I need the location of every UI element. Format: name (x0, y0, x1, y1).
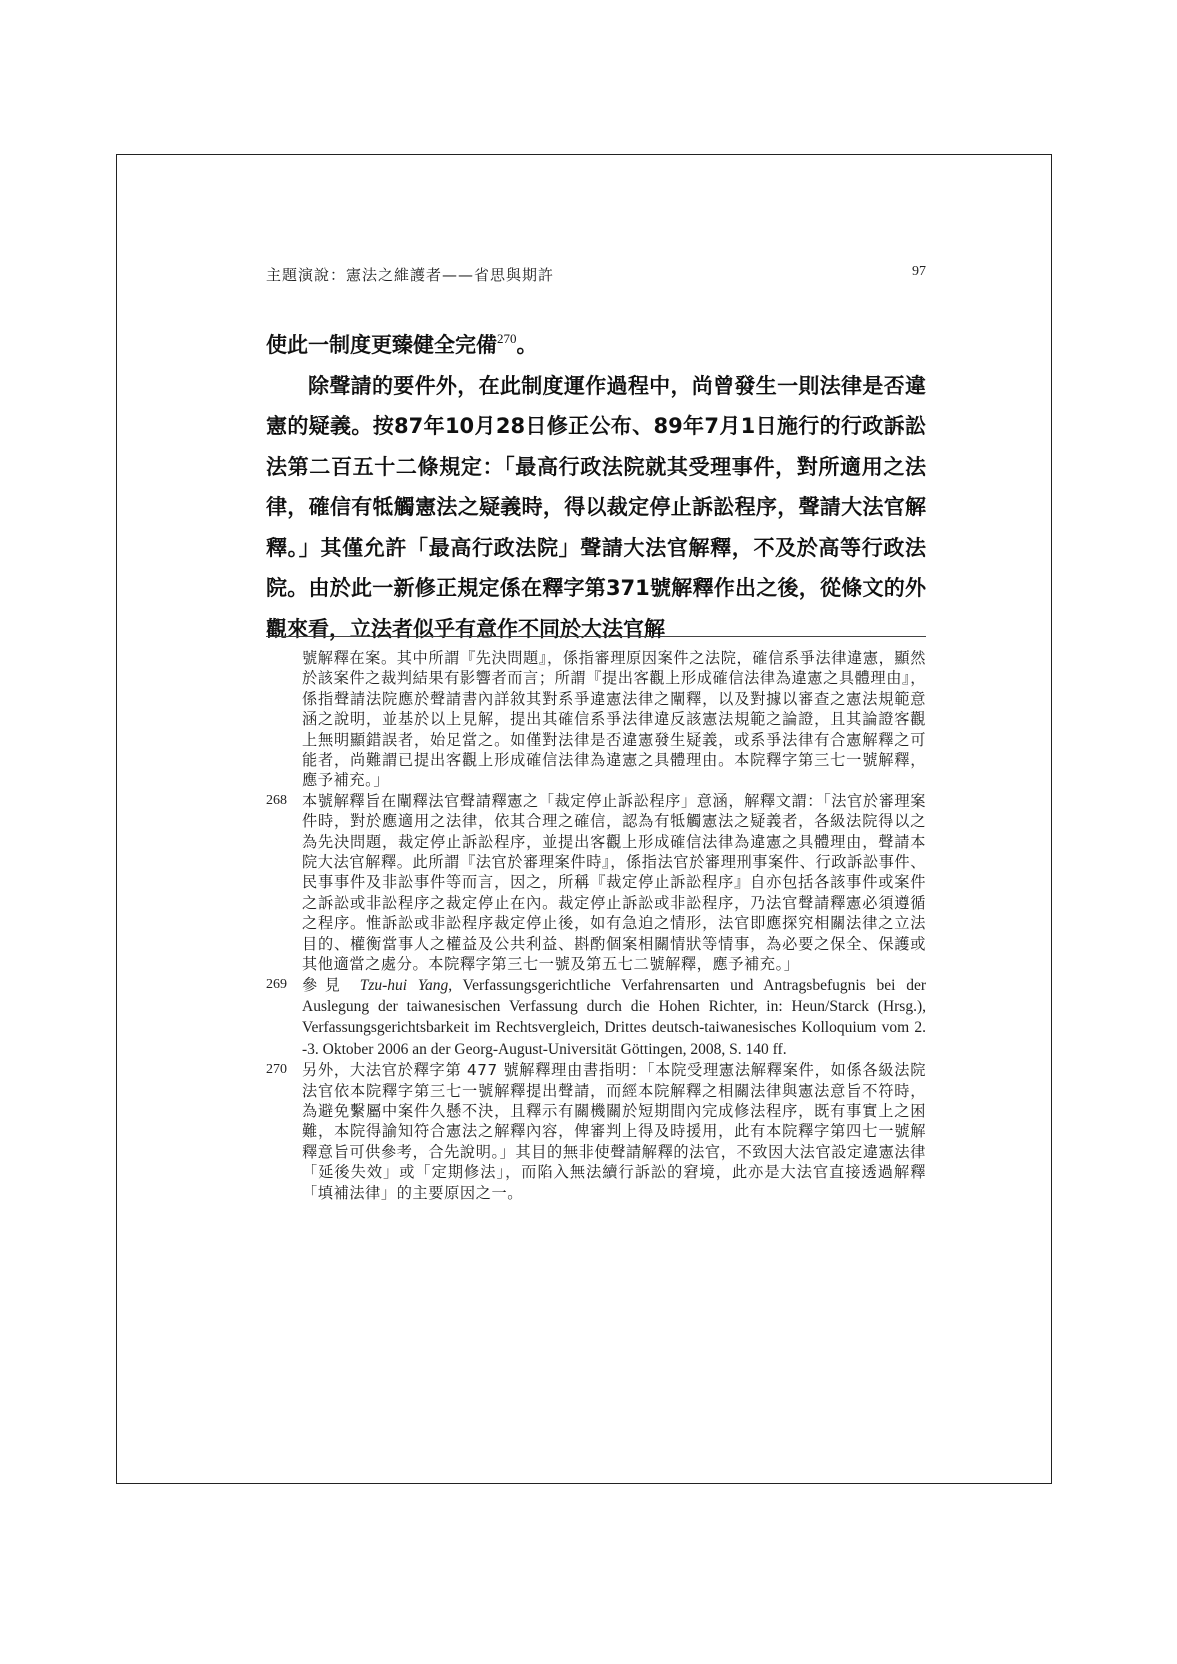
running-title: 主題演說：憲法之維護者——省思與期許 (266, 266, 554, 284)
footnote-author: Tzu-hui Yang (360, 977, 449, 994)
running-header: 主題演說：憲法之維護者——省思與期許 97 (266, 264, 926, 285)
footnote-ref: 270 (497, 331, 517, 346)
footnote-268: 268 本號解釋旨在闡釋法官聲請釋憲之「裁定停止訴訟程序」意涵，解釋文謂：「法官… (266, 791, 926, 975)
main-body: 使此一制度更臻健全完備270。 除聲請的要件外，在此制度運作過程中，尚曾發生一則… (266, 325, 926, 649)
footnote-prefix: 參見 (302, 976, 360, 994)
footnotes: 號解釋在案。其中所謂『先決問題』，係指審理原因案件之法院，確信系爭法律違憲，顯然… (266, 648, 926, 1203)
paragraph-continuation: 使此一制度更臻健全完備270。 (266, 325, 926, 366)
footnote-text: 另外，大法官於釋字第 477 號解釋理由書指明：「本院受理憲法解釋案件，如係各級… (302, 1061, 926, 1201)
paragraph-end: 。 (517, 333, 538, 357)
footnote-number: 269 (266, 975, 287, 995)
footnote-number: 270 (266, 1060, 287, 1080)
footnote-separator (266, 636, 926, 637)
paragraph-text: 使此一制度更臻健全完備 (266, 333, 497, 357)
footnote-number: 268 (266, 791, 287, 811)
paragraph: 除聲請的要件外，在此制度運作過程中，尚曾發生一則法律是否違憲的疑義。按87年10… (266, 366, 926, 650)
page-number: 97 (912, 264, 926, 280)
footnote-continued: 號解釋在案。其中所謂『先決問題』，係指審理原因案件之法院，確信系爭法律違憲，顯然… (266, 648, 926, 791)
footnote-269: 269 參見 Tzu-hui Yang, Verfassungsgerichtl… (266, 975, 926, 1061)
footnote-text: 本號解釋旨在闡釋法官聲請釋憲之「裁定停止訴訟程序」意涵，解釋文謂：「法官於審理案… (302, 792, 926, 973)
footnote-text: 號解釋在案。其中所謂『先決問題』，係指審理原因案件之法院，確信系爭法律違憲，顯然… (302, 649, 926, 789)
footnote-270: 270 另外，大法官於釋字第 477 號解釋理由書指明：「本院受理憲法解釋案件，… (266, 1060, 926, 1203)
